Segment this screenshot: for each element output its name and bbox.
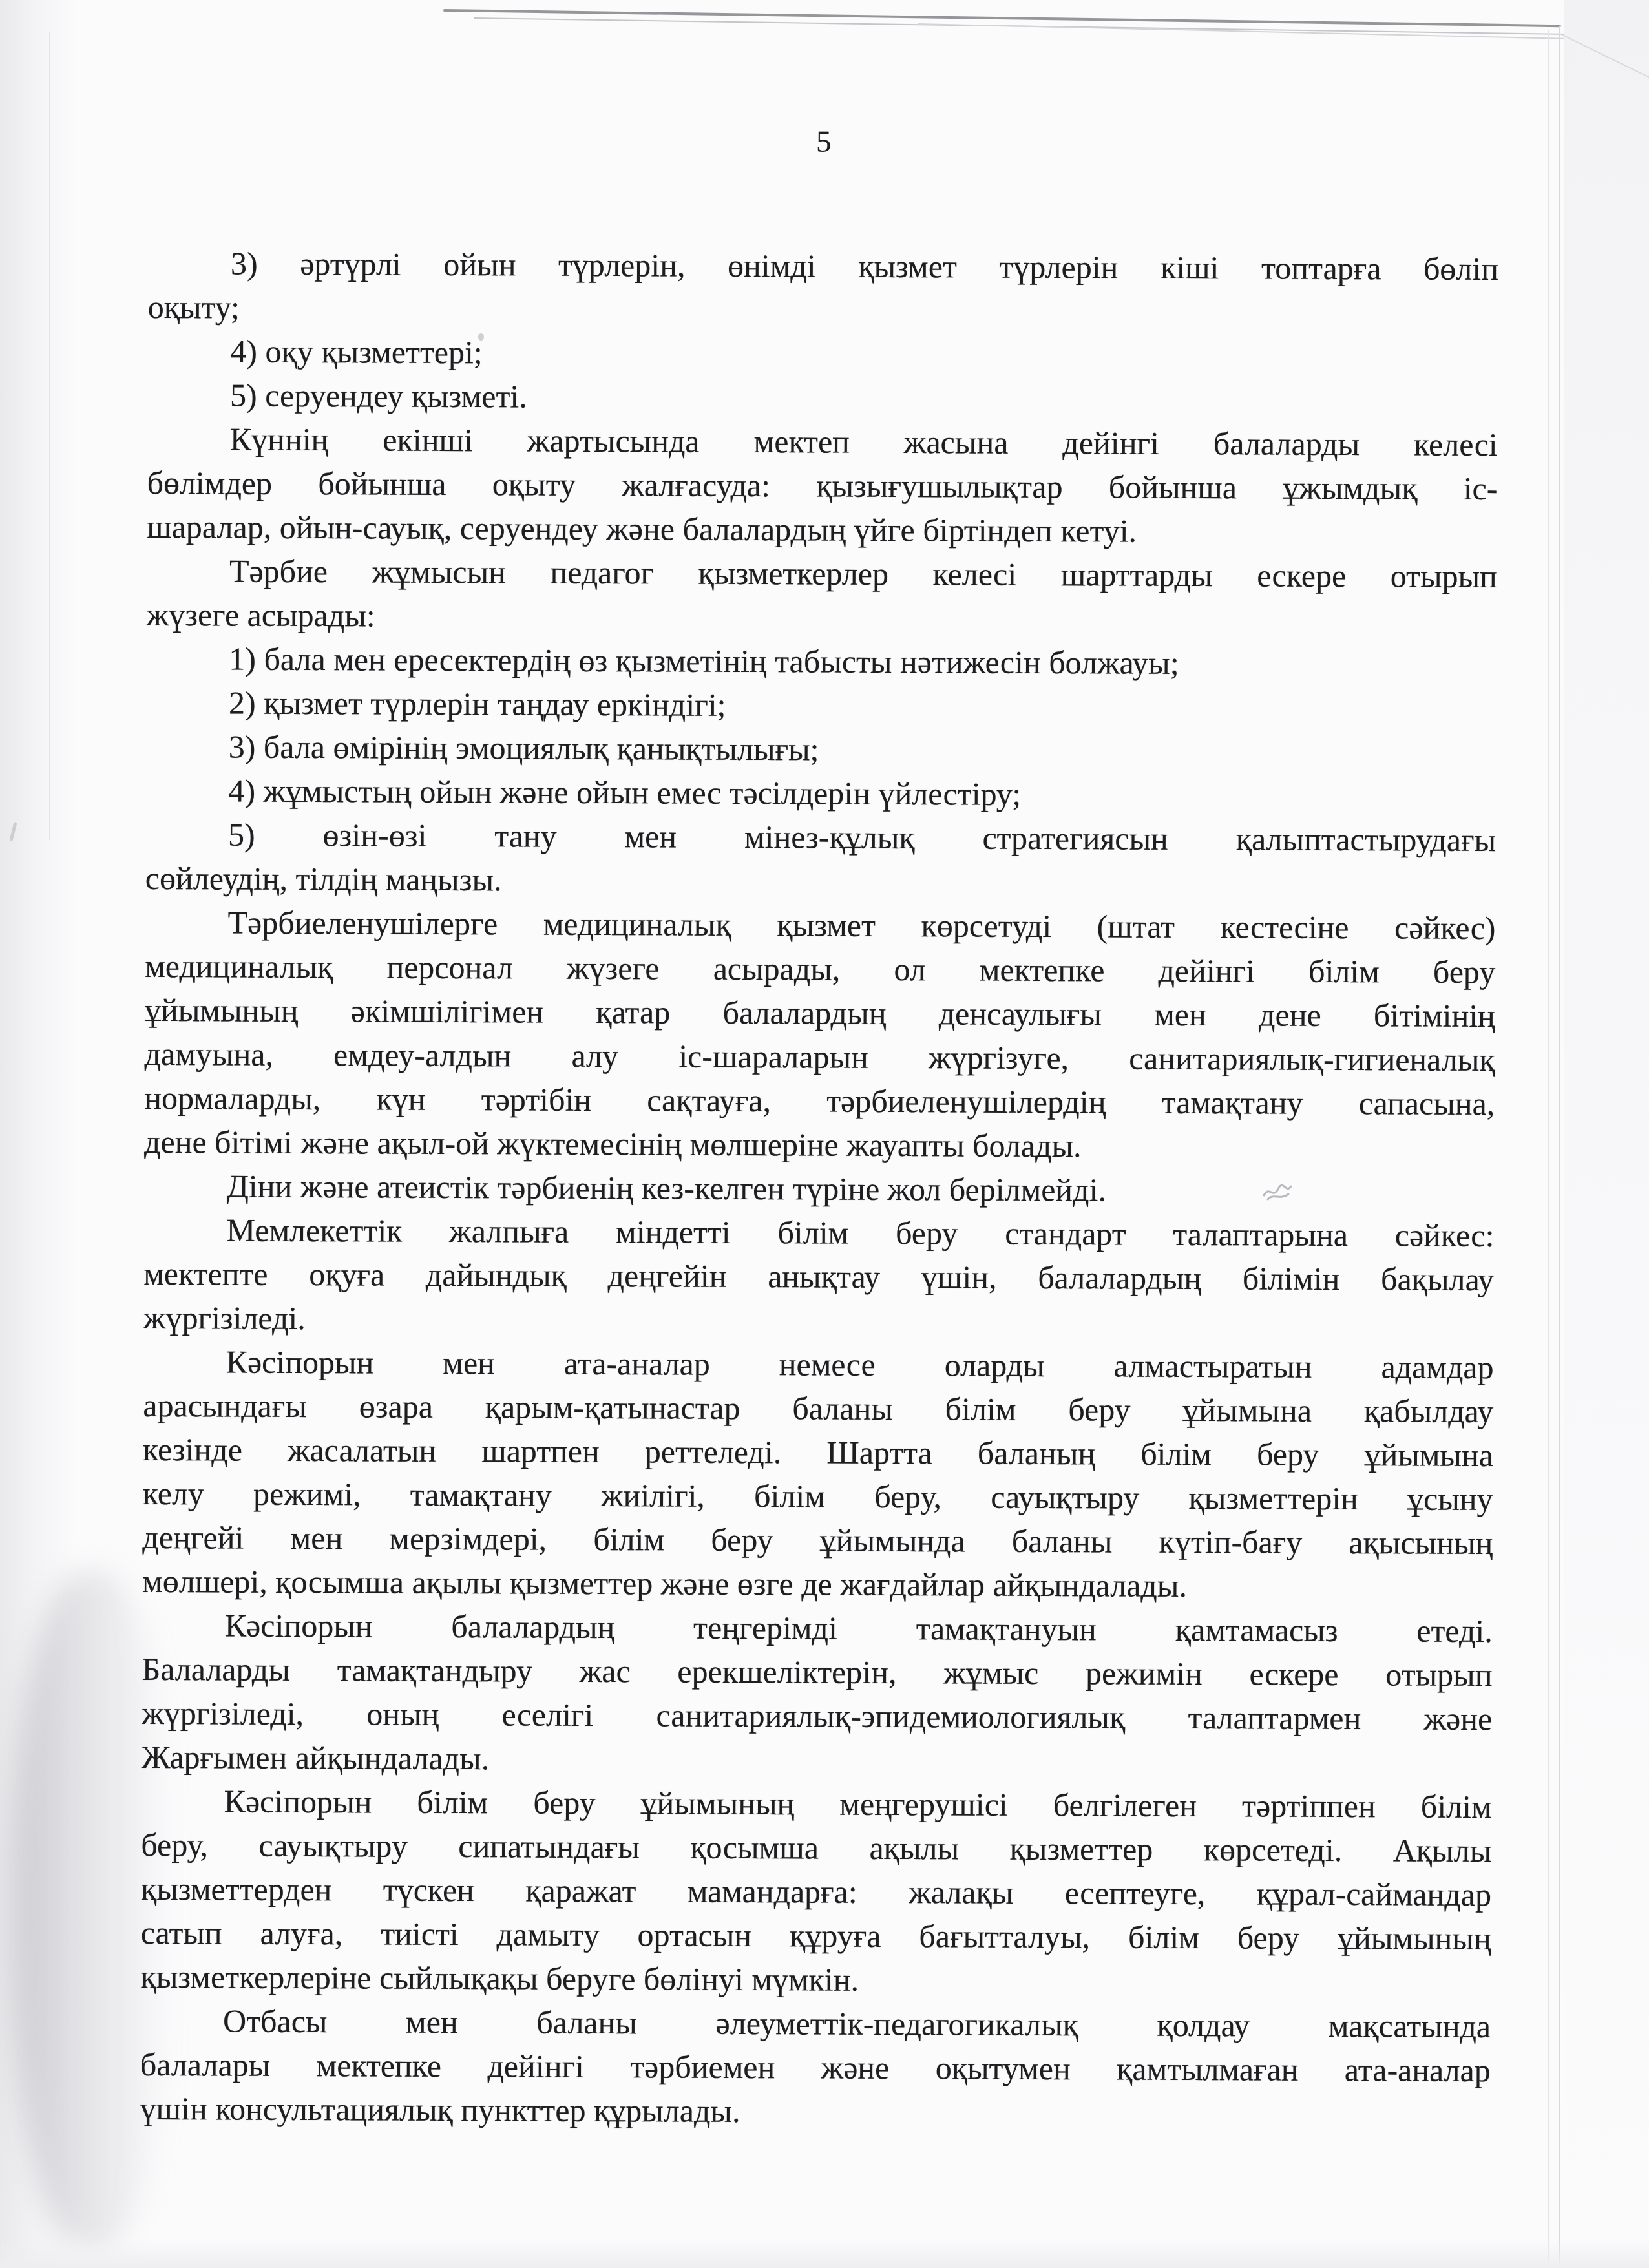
scanner-margin-right	[1564, 0, 1649, 2268]
paragraph: 5) серуендеу қызметі.	[147, 373, 1498, 423]
paragraph: Отбасы мен баланы әлеуметтік-педагогикал…	[140, 1999, 1491, 2136]
text-line: нормаларды, күн тәртібін сақтауға, тәрби…	[144, 1076, 1495, 1126]
text-line: дене бітімі және ақыл-ой жүктемесінің мө…	[144, 1120, 1495, 1170]
text-line: мөлшері, қосымша ақылы қызметтер және өз…	[142, 1559, 1493, 1609]
page-number: 5	[149, 120, 1499, 164]
text-line: келу режимі, тамақтану жиілігі, білім бе…	[143, 1471, 1493, 1521]
left-page-edge-line	[49, 32, 50, 840]
text-line: Тәрбиеленушілерге медициналық қызмет көр…	[145, 900, 1495, 950]
text-line: 5) серуендеу қызметі.	[147, 373, 1498, 423]
text-line: 4) жұмыстың ойын және ойын емес тәсілдер…	[145, 768, 1496, 818]
paragraph: Күннің екінші жартысында мектеп жасына д…	[147, 417, 1498, 554]
text-line: Кәсіпорын білім беру ұйымының меңгерушіс…	[141, 1779, 1491, 1829]
text-line: 2) қызмет түрлерін таңдау еркіндігі;	[146, 680, 1497, 730]
text-line: Күннің екінші жартысында мектеп жасына д…	[147, 417, 1498, 467]
text-line: Кәсіпорын мен ата-аналар немесе оларды а…	[143, 1339, 1493, 1389]
paragraph: 4) жұмыстың ойын және ойын емес тәсілдер…	[145, 768, 1496, 818]
paragraph: Тәрбиеленушілерге медициналық қызмет көр…	[144, 900, 1496, 1170]
paragraph: Кәсіпорын балалардың теңгерімді тамақтан…	[142, 1603, 1493, 1785]
text-line: Тәрбие жұмысын педагог қызметкерлер келе…	[147, 549, 1497, 598]
right-page-edge-line	[1559, 26, 1560, 2268]
text-line: Мемлекеттік жалпыға міндетті білім беру …	[143, 1208, 1494, 1257]
text-line: Діни және атеистік тәрбиенің кез-келген …	[144, 1164, 1495, 1213]
paragraph: 3) әртүрлі ойын түрлерін, өнімді қызмет …	[148, 241, 1499, 335]
text-line: дамуына, емдеу-алдын алу іс-шараларын жү…	[145, 1032, 1495, 1082]
text-line: сатып алуға, тиісті дамыту ортасын құруғ…	[141, 1911, 1491, 1960]
text-line: 5) өзін-өзі тану мен мінез-құлық стратег…	[145, 812, 1496, 862]
text-line: шаралар, ойын-сауық, серуендеу және бала…	[147, 505, 1497, 554]
text-line: арасындағы өзара қарым-қатынастар баланы…	[143, 1383, 1493, 1433]
text-line: беру, сауықтыру сипатындағы қосымша ақыл…	[141, 1823, 1491, 1873]
text-line: 4) оқу қызметтері;	[147, 329, 1498, 379]
underlying-page-edge-line	[443, 9, 1561, 27]
paragraph: Кәсіпорын мен ата-аналар немесе оларды а…	[142, 1339, 1494, 1609]
text-line: 3) бала өмірінің эмоциялық қанықтылығы;	[146, 724, 1497, 774]
document-body: 3) әртүрлі ойын түрлерін, өнімді қызмет …	[140, 241, 1498, 2136]
document-content: 5 3) әртүрлі ойын түрлерін, өнімді қызме…	[140, 120, 1499, 2136]
text-line: қызметтерден түскен қаражат мамандарға: …	[141, 1867, 1491, 1916]
text-line: бөлімдер бойынша оқыту жалғасуда: қызығу…	[147, 461, 1497, 510]
text-line: балалары мектепке дейінгі тәрбиемен және…	[140, 2042, 1491, 2092]
text-line: Кәсіпорын балалардың теңгерімді тамақтан…	[142, 1603, 1493, 1653]
scanned-page: 5 3) әртүрлі ойын түрлерін, өнімді қызме…	[0, 0, 1649, 2268]
paragraph: 4) оқу қызметтері;	[147, 329, 1498, 379]
text-line: сөйлеудің, тілдің маңызы.	[145, 856, 1496, 906]
text-line: ұйымының әкімшілігімен қатар балалардың …	[145, 988, 1495, 1038]
text-line: 1) бала мен ересектердің өз қызметінің т…	[146, 636, 1497, 686]
text-line: үшін консультациялық пункттер құрылады.	[140, 2086, 1490, 2136]
text-line: жүзеге асырады:	[147, 593, 1497, 642]
paragraph: 3) бала өмірінің эмоциялық қанықтылығы;	[146, 724, 1497, 774]
paragraph: Мемлекеттік жалпыға міндетті білім беру …	[143, 1208, 1495, 1345]
paragraph: Тәрбие жұмысын педагог қызметкерлер келе…	[147, 549, 1498, 642]
text-line: кезінде жасалатын шартпен реттеледі. Шар…	[143, 1427, 1493, 1477]
text-line: оқыту;	[148, 285, 1498, 335]
text-line: медициналық персонал жүзеге асырады, ол …	[145, 944, 1495, 994]
text-line: Отбасы мен баланы әлеуметтік-педагогикал…	[140, 1999, 1491, 2048]
paragraph: 5) өзін-өзі тану мен мінез-құлық стратег…	[145, 812, 1497, 906]
text-line: жүргізіледі, оның еселігі санитариялық-э…	[142, 1691, 1492, 1741]
text-line: мектепте оқуға дайындық деңгейін анықтау…	[143, 1252, 1494, 1301]
right-page-edge-line-2	[1548, 30, 1549, 2268]
text-line: деңгейі мен мерзімдері, білім беру ұйымы…	[142, 1515, 1493, 1565]
paragraph: Діни және атеистік тәрбиенің кез-келген …	[144, 1164, 1495, 1213]
paragraph: Кәсіпорын білім беру ұйымының меңгерушіс…	[140, 1779, 1491, 2004]
text-line: 3) әртүрлі ойын түрлерін, өнімді қызмет …	[148, 241, 1498, 291]
text-line: Жарғымен айқындалады.	[142, 1735, 1492, 1785]
paragraph: 2) қызмет түрлерін таңдау еркіндігі;	[146, 680, 1497, 730]
bottom-page-edge-shade	[0, 2238, 1649, 2268]
text-line: жүргізіледі.	[143, 1296, 1494, 1345]
text-line: Балаларды тамақтандыру жас ерекшеліктері…	[142, 1647, 1492, 1697]
paragraph: 1) бала мен ересектердің өз қызметінің т…	[146, 636, 1497, 686]
text-line: қызметкерлеріне сыйлықақы беруге бөлінуі…	[140, 1955, 1491, 2004]
